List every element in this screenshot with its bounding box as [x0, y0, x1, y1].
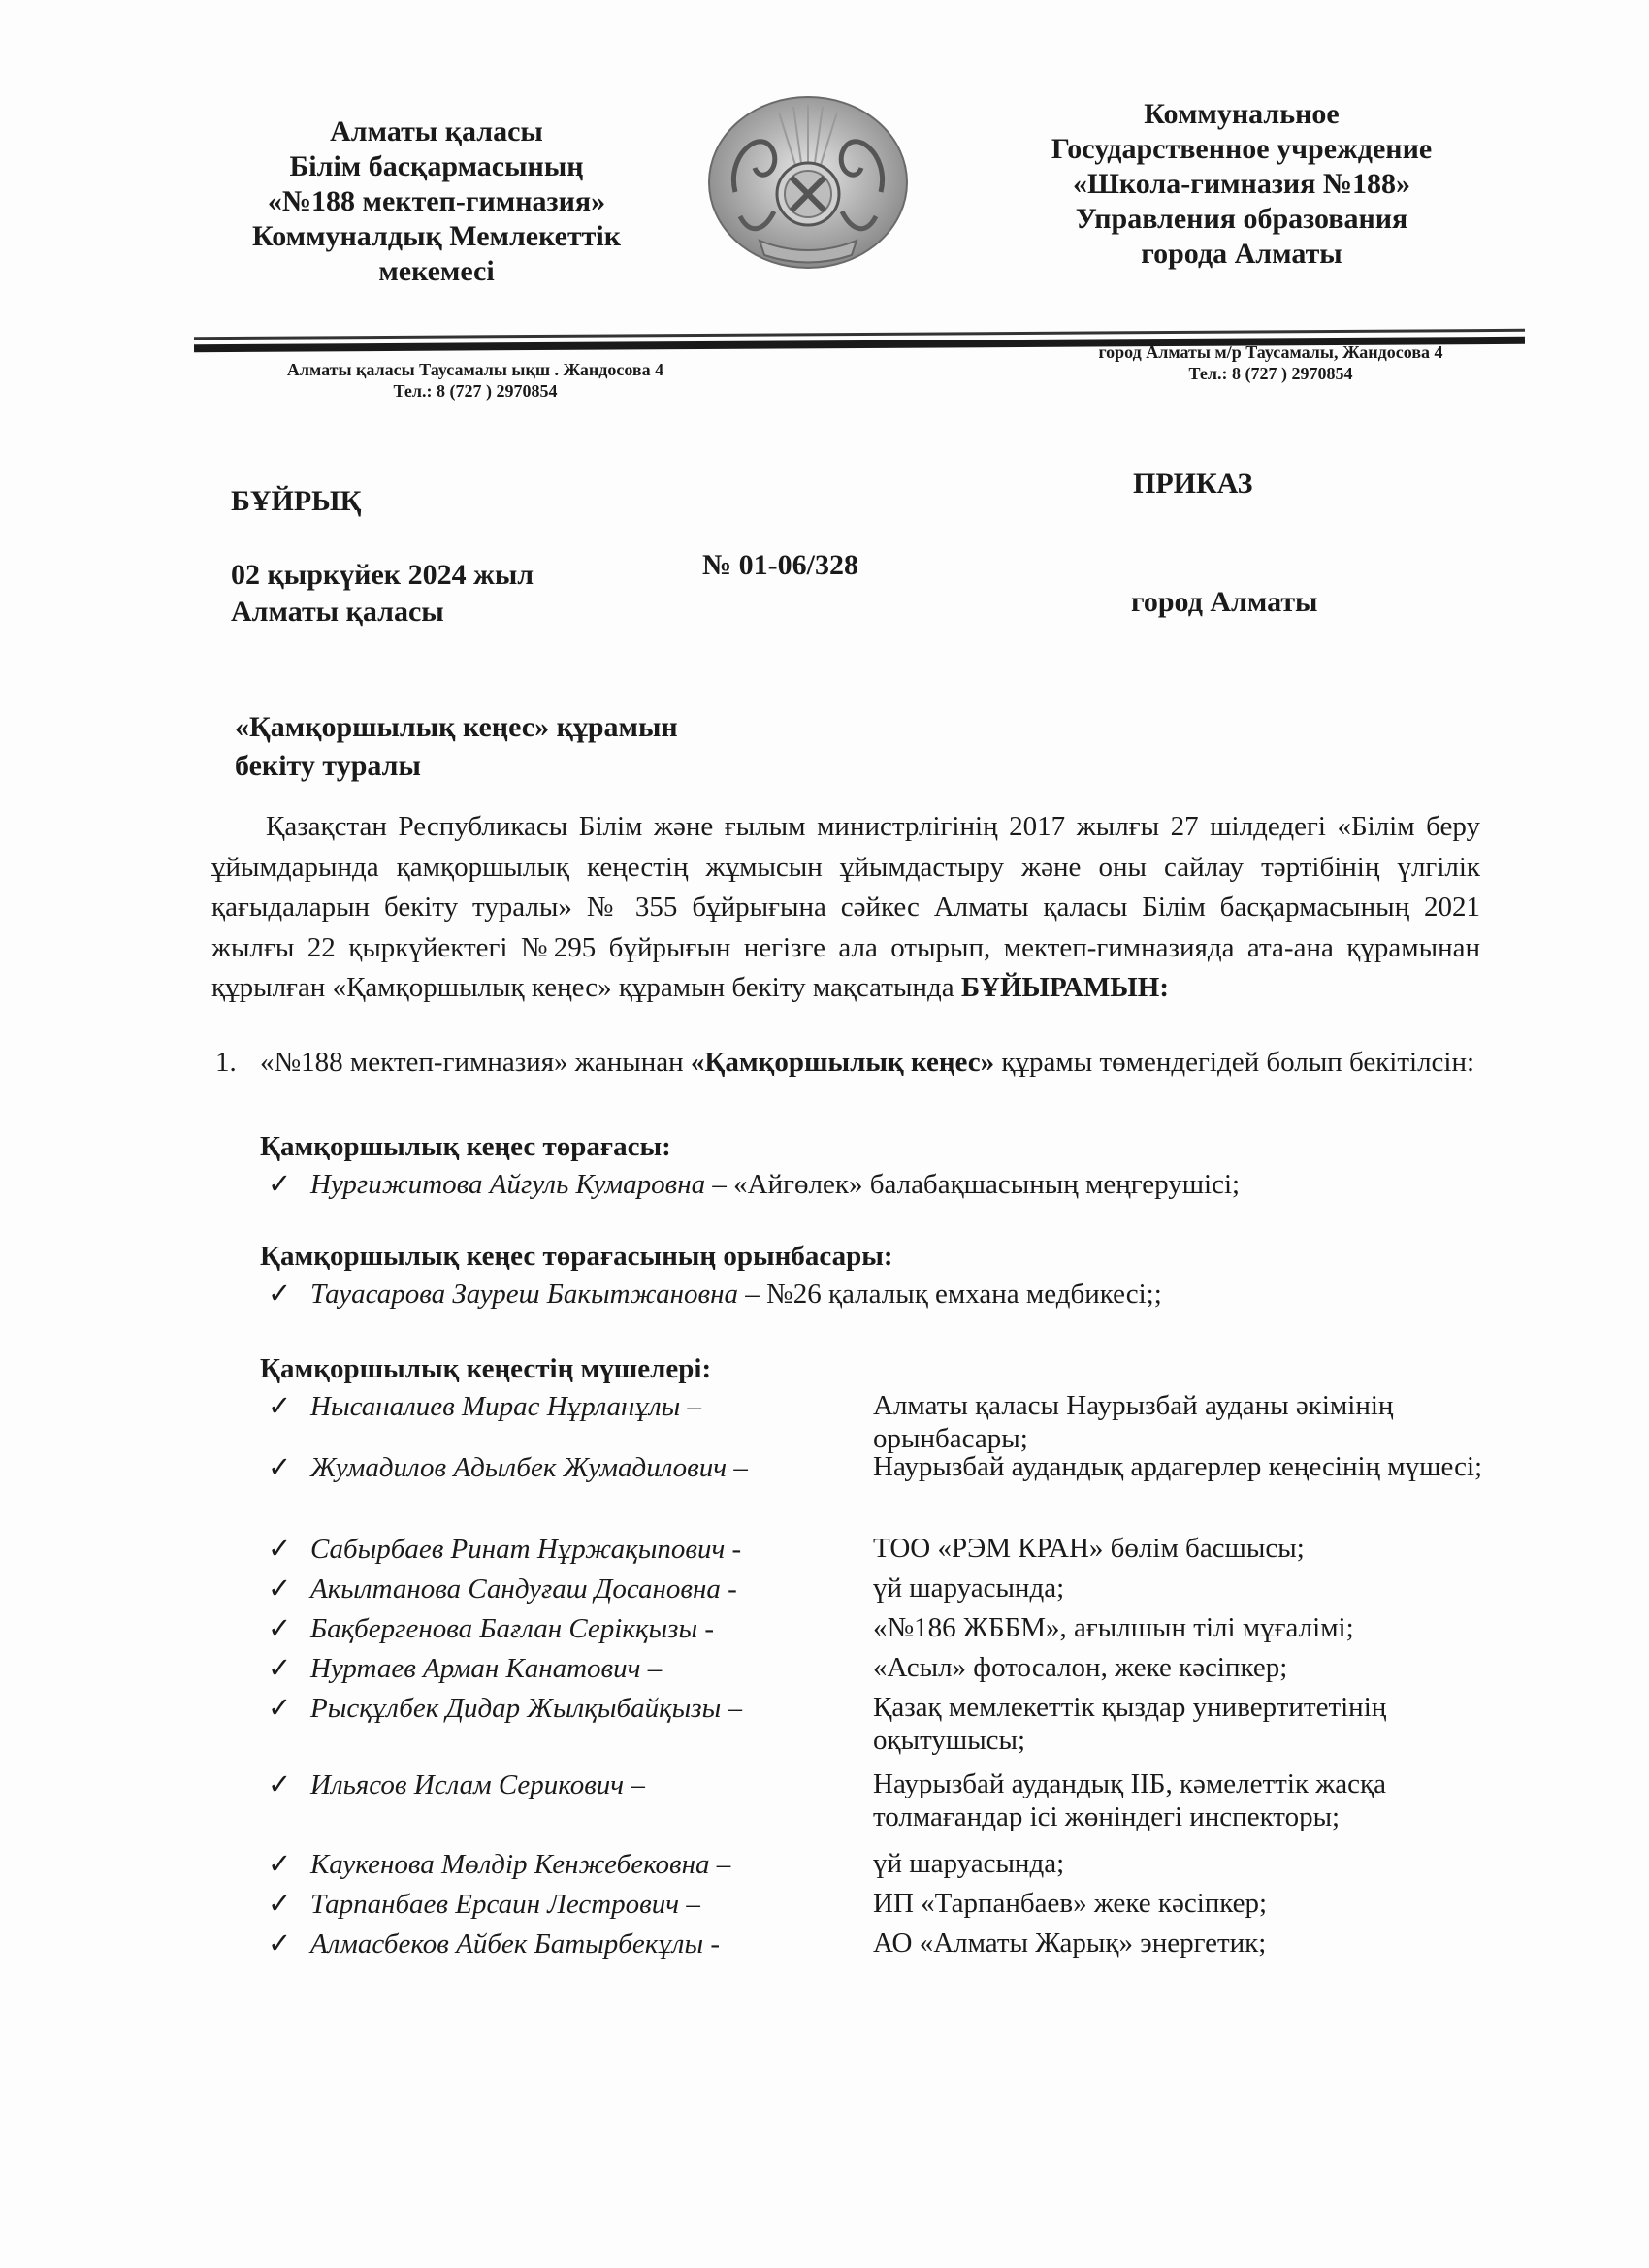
- preamble-command: БҰЙЫРАМЫН:: [961, 972, 1169, 1003]
- address-right-street: город Алматы м/р Таусамалы, Жандосова 4: [1048, 341, 1494, 363]
- deputy-heading: Қамқоршылық кеңес төрағасының орынбасары…: [260, 1241, 893, 1273]
- member-role: Наурызбай аудандық ардагерлер кеңесінің …: [873, 1450, 1494, 1483]
- preamble-text: Қазақстан Республикасы Білім және ғылым …: [211, 811, 1480, 1003]
- address-right: город Алматы м/р Таусамалы, Жандосова 4 …: [1048, 341, 1494, 384]
- address-right-phone: Тел.: 8 (727 ) 2970854: [1048, 363, 1494, 384]
- member-name-row: ✓Рысқұлбек Дидар Жылқыбайқызы –: [268, 1691, 742, 1725]
- check-icon: ✓: [268, 1277, 310, 1311]
- chair-heading: Қамқоршылық кеңес төрағасы:: [260, 1131, 671, 1163]
- order-title-kz: БҰЙРЫҚ: [231, 485, 361, 518]
- state-emblem-icon: [706, 85, 910, 270]
- member-name-row: ✓Бақбергенова Бағлан Серікқызы -: [268, 1611, 714, 1645]
- header-left-kz: Алматы қаласы Білім басқармасының «№188 …: [204, 114, 669, 289]
- member-name-row: ✓Нуртаев Арман Канатович –: [268, 1651, 662, 1685]
- check-icon: ✓: [268, 1167, 310, 1201]
- check-icon: ✓: [268, 1532, 310, 1566]
- member-role: Алматы қаласы Наурызбай ауданы әкімінің …: [873, 1389, 1494, 1455]
- member-name-row: ✓Алмасбеков Айбек Батырбекұлы -: [268, 1927, 720, 1960]
- member-role: Қазақ мемлекеттік қыздар универтитетінің…: [873, 1691, 1494, 1757]
- check-icon: ✓: [268, 1887, 310, 1921]
- header-right-line: города Алматы: [989, 237, 1494, 272]
- address-left: Алматы қаласы Таусамалы ықш . Жандосова …: [233, 359, 718, 402]
- members-heading: Қамқоршылық кеңестің мүшелері:: [260, 1353, 711, 1385]
- member-role: үй шаруасында;: [873, 1847, 1494, 1880]
- header-left-line: «№188 мектеп-гимназия»: [204, 184, 669, 219]
- check-icon: ✓: [268, 1571, 310, 1605]
- member-name-row: ✓Тарпанбаев Ерсаин Лестрович –: [268, 1887, 700, 1921]
- member-name-row: ✓Акылтанова Сандуғаш Досановна -: [268, 1571, 737, 1605]
- member-role: үй шаруасында;: [873, 1571, 1494, 1604]
- member-name: Нуртаев Арман Канатович –: [310, 1653, 662, 1684]
- header-right-line: «Школа-гимназия №188»: [989, 167, 1494, 202]
- member-name: Рысқұлбек Дидар Жылқыбайқызы –: [310, 1693, 742, 1724]
- order-item-1: 1. «№188 мектеп-гимназия» жанынан «Қамқо…: [211, 1044, 1480, 1081]
- check-icon: ✓: [268, 1651, 310, 1685]
- address-left-street: Алматы қаласы Таусамалы ықш . Жандосова …: [233, 359, 718, 380]
- member-name-row: ✓Сабырбаев Ринат Нұржақыпович -: [268, 1532, 741, 1566]
- deputy-row: ✓Тауасарова Зауреш Бакытжановна – №26 қа…: [268, 1277, 1162, 1311]
- member-name: Сабырбаев Ринат Нұржақыпович -: [310, 1534, 741, 1565]
- item-text-end: құрамы төмендегідей болып бекітілсін:: [994, 1047, 1474, 1078]
- order-city-ru: город Алматы: [1131, 586, 1317, 619]
- subject-line: «Қамқоршылық кеңес» құрамын: [235, 708, 678, 747]
- order-date: 02 қыркүйек 2024 жыл: [231, 559, 533, 592]
- header-left-line: Коммуналдық Мемлекеттік: [204, 219, 669, 254]
- member-name: Алмасбеков Айбек Батырбекұлы -: [310, 1928, 720, 1960]
- check-icon: ✓: [268, 1450, 310, 1484]
- member-name-row: ✓Ильясов Ислам Серикович –: [268, 1767, 645, 1801]
- chair-row: ✓Нургижитова Айгуль Кумаровна – «Айгөлек…: [268, 1167, 1240, 1201]
- subject-line: бекіту туралы: [235, 747, 678, 786]
- member-name: Жумадилов Адылбек Жумадилович –: [310, 1452, 748, 1483]
- header-left-line: Алматы қаласы: [204, 114, 669, 149]
- header-left-line: мекемесі: [204, 254, 669, 289]
- check-icon: ✓: [268, 1389, 310, 1423]
- deputy-name: Тауасарова Зауреш Бакытжановна: [310, 1279, 738, 1310]
- check-icon: ✓: [268, 1767, 310, 1801]
- member-role: АО «Алматы Жарық» энергетик;: [873, 1927, 1494, 1960]
- chair-name: Нургижитова Айгуль Кумаровна: [310, 1169, 705, 1200]
- header-right-line: Коммунальное: [989, 97, 1494, 132]
- member-name: Ильясов Ислам Серикович –: [310, 1769, 645, 1800]
- check-icon: ✓: [268, 1847, 310, 1881]
- deputy-role: – №26 қалалық емхана медбикесі;;: [738, 1279, 1162, 1310]
- member-role: «№186 ЖББМ», ағылшын тілі мұғалімі;: [873, 1611, 1494, 1644]
- member-role: ТОО «РЭМ КРАН» бөлім басшысы;: [873, 1532, 1494, 1565]
- address-left-phone: Тел.: 8 (727 ) 2970854: [233, 380, 718, 402]
- preamble-paragraph: Қазақстан Республикасы Білім және ғылым …: [211, 807, 1480, 1009]
- header-right-ru: Коммунальное Государственное учреждение …: [989, 97, 1494, 272]
- chair-role: – «Айгөлек» балабақшасының меңгерушісі;: [705, 1169, 1240, 1200]
- check-icon: ✓: [268, 1611, 310, 1645]
- member-name-row: ✓Каукенова Мөлдір Кенжебековна –: [268, 1847, 730, 1881]
- member-role: «Асыл» фотосалон, жеке кәсіпкер;: [873, 1651, 1494, 1684]
- check-icon: ✓: [268, 1691, 310, 1725]
- member-name-row: ✓Нысаналиев Мирас Нұрланұлы –: [268, 1389, 701, 1423]
- item-text-start: «№188 мектеп-гимназия» жанынан: [260, 1047, 691, 1078]
- member-role: ИП «Тарпанбаев» жеке кәсіпкер;: [873, 1887, 1494, 1920]
- item-number: 1.: [215, 1044, 237, 1081]
- order-subject: «Қамқоршылық кеңес» құрамын бекіту турал…: [235, 708, 678, 786]
- header-left-line: Білім басқармасының: [204, 149, 669, 184]
- member-name: Бақбергенова Бағлан Серікқызы -: [310, 1613, 714, 1644]
- order-number: № 01-06/328: [702, 549, 858, 582]
- member-name: Каукенова Мөлдір Кенжебековна –: [310, 1849, 730, 1880]
- item-text-bold: «Қамқоршылық кеңес»: [691, 1047, 994, 1078]
- member-name-row: ✓Жумадилов Адылбек Жумадилович –: [268, 1450, 748, 1484]
- order-city-kz: Алматы қаласы: [231, 596, 444, 629]
- header-right-line: Государственное учреждение: [989, 132, 1494, 167]
- order-title-ru: ПРИКАЗ: [1133, 468, 1253, 501]
- check-icon: ✓: [268, 1927, 310, 1960]
- header-right-line: Управления образования: [989, 202, 1494, 237]
- member-role: Наурызбай аудандық ІІБ, кәмелеттік жасқа…: [873, 1767, 1494, 1833]
- member-name: Акылтанова Сандуғаш Досановна -: [310, 1573, 737, 1604]
- member-name: Тарпанбаев Ерсаин Лестрович –: [310, 1889, 700, 1920]
- member-name: Нысаналиев Мирас Нұрланұлы –: [310, 1391, 701, 1422]
